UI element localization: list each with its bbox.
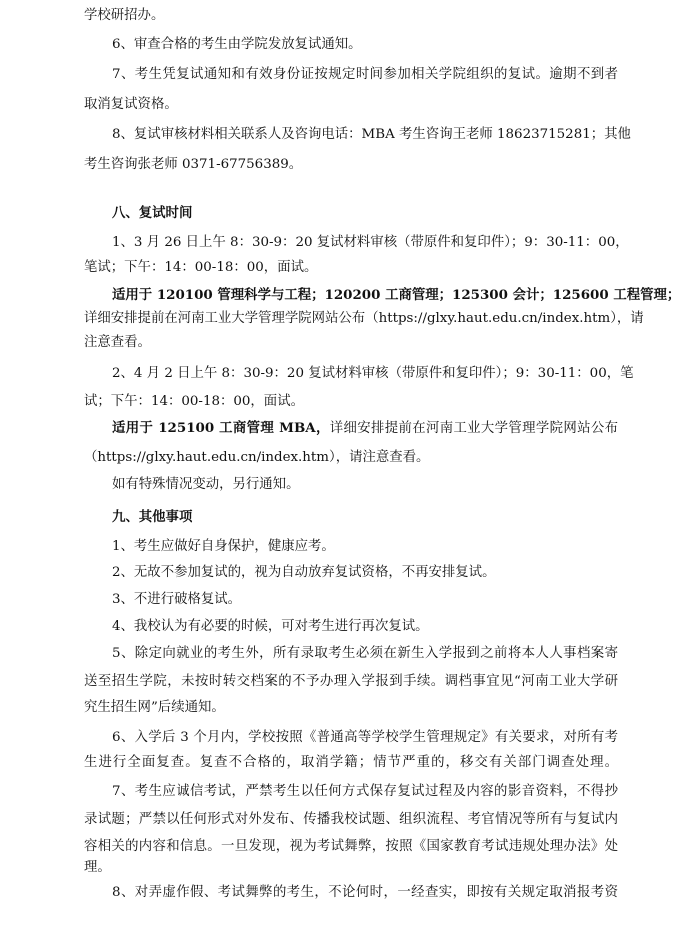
- paragraph-line: 究生招生网”后续通知。: [84, 698, 618, 718]
- section-heading-9: 九、其他事项: [112, 508, 618, 528]
- paragraph-line: 6、入学后 3 个月内，学校按照《普通高等学校学生管理规定》有关要求，对所有考: [112, 728, 618, 748]
- paragraph-line: 送至招生学院，未按时转交档案的不予办理入学报到手续。调档事宜见“河南工业大学研: [84, 672, 618, 692]
- website-link-line: （https://glxy.haut.edu.cn/index.htm），请注意…: [84, 448, 618, 468]
- applicable-programs-line: 适用于 120100 管理科学与工程；120200 工商管理；125300 会计…: [112, 285, 618, 305]
- paragraph-line: 5、除定向就业的考生外，所有录取考生必须在新生入学报到之前将本人人事档案寄: [112, 644, 618, 664]
- paragraph-line: 取消复试资格。: [84, 95, 618, 115]
- paragraph-line: 8、对弄虚作假、考试舞弊的考生，不论何时，一经查实，即按有关规定取消报考资: [112, 883, 618, 903]
- paragraph-line: 1、考生应做好自身保护，健康应考。: [112, 537, 618, 557]
- paragraph-line: 如有特殊情况变动，另行通知。: [112, 475, 618, 495]
- section-heading-8: 八、复试时间: [112, 204, 618, 224]
- paragraph-line: 2、4 月 2 日上午 8：30-9：20 复试材料审核（带原件和复印件）；9：…: [112, 364, 618, 384]
- paragraph-line: 理。: [84, 858, 618, 878]
- applicable-mba-text: 详细安排提前在河南工业大学管理学院网站公布: [330, 421, 618, 436]
- paragraph-line: 容相关的内容和信息。一旦发现，视为考试舞弊，按照《国家教育考试违规处理办法》处: [84, 837, 618, 857]
- paragraph-line: 4、我校认为有必要的时候，可对考生进行再次复试。: [112, 617, 618, 637]
- applicable-mba-label: 适用于 125100 工商管理 MBA，: [112, 420, 330, 436]
- paragraph-line: 7、考生凭复试通知和有效身份证按规定时间参加相关学院组织的复试。逾期不到者: [112, 65, 618, 85]
- paragraph-line: 1、3 月 26 日上午 8：30-9：20 复试材料审核（带原件和复印件）；9…: [112, 233, 618, 253]
- paragraph-line: 笔试；下午：14：00-18：00，面试。: [84, 258, 618, 278]
- paragraph-line: 3、不进行破格复试。: [112, 590, 618, 610]
- paragraph-line: 注意查看。: [84, 333, 618, 353]
- paragraph-line: 7、考生应诚信考试，严禁考生以任何方式保存复试过程及内容的影音资料，不得抄: [112, 782, 618, 802]
- paragraph-line: 考生咨询张老师 0371-67756389。: [84, 155, 618, 175]
- paragraph-line: 8、复试审核材料相关联系人及咨询电话：MBA 考生咨询王老师 186237152…: [112, 125, 618, 145]
- paragraph-line: 2、无故不参加复试的，视为自动放弃复试资格，不再安排复试。: [112, 563, 618, 583]
- paragraph-line: 详细安排提前在河南工业大学管理学院网站公布（https://glxy.haut.…: [84, 309, 618, 329]
- document-page: 学校研招办。 6、审查合格的考生由学院发放复试通知。 7、考生凭复试通知和有效身…: [0, 0, 679, 941]
- paragraph-line: 试；下午：14：00-18：00，面试。: [84, 392, 618, 412]
- paragraph-line: 6、审查合格的考生由学院发放复试通知。: [112, 35, 618, 55]
- paragraph-line: 录试题；严禁以任何形式对外发布、传播我校试题、组织流程、考官情况等所有与复试内: [84, 810, 618, 830]
- applicable-mba-line: 适用于 125100 工商管理 MBA，详细安排提前在河南工业大学管理学院网站公…: [112, 418, 618, 438]
- paragraph-line: 学校研招办。: [84, 6, 618, 26]
- paragraph-line: 生进行全面复查。复查不合格的，取消学籍；情节严重的，移交有关部门调查处理。: [84, 753, 618, 773]
